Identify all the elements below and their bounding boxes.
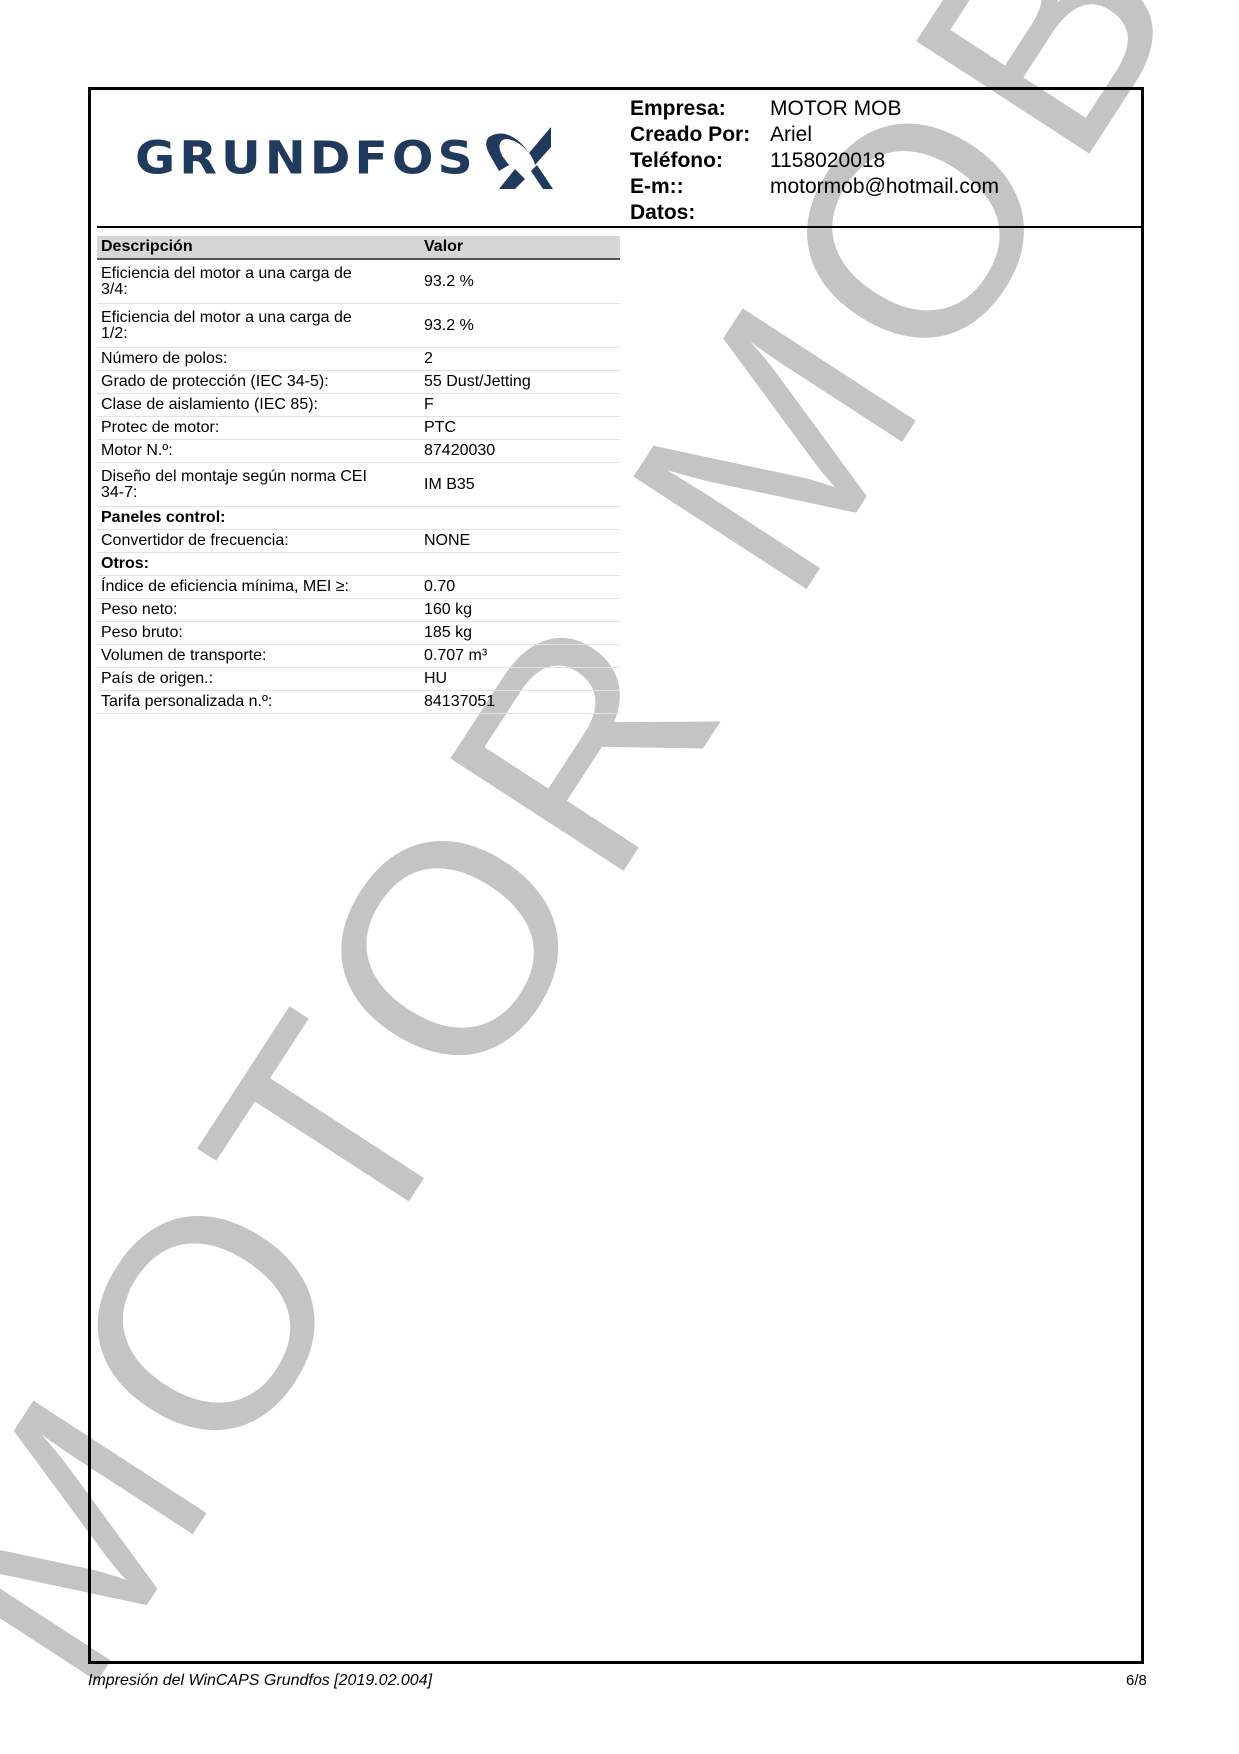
row-description: Convertidor de frecuencia: bbox=[97, 533, 420, 549]
page-number: 6/8 bbox=[1126, 1672, 1147, 1689]
row-description: Diseño del montaje según norma CEI 34-7: bbox=[97, 469, 420, 501]
row-value: 2 bbox=[420, 350, 620, 368]
info-row-telefono: Teléfono: 1158020018 bbox=[630, 148, 999, 174]
table-body: Eficiencia del motor a una carga de 3/4:… bbox=[97, 260, 620, 714]
row-value: 93.2 % bbox=[420, 317, 620, 335]
info-row-empresa: Empresa: MOTOR MOB bbox=[630, 96, 999, 122]
table-section-row: Paneles control: bbox=[97, 507, 620, 530]
table-row: País de origen.:HU bbox=[97, 668, 620, 691]
row-description: Grado de protección (IEC 34-5): bbox=[97, 374, 420, 390]
row-value: 84137051 bbox=[420, 693, 620, 711]
row-description: Peso bruto: bbox=[97, 625, 420, 641]
table-row: Protec de motor:PTC bbox=[97, 417, 620, 440]
row-value: 185 kg bbox=[420, 624, 620, 642]
row-description: Número de polos: bbox=[97, 351, 420, 367]
table-row: Peso neto:160 kg bbox=[97, 599, 620, 622]
row-value: HU bbox=[420, 670, 620, 688]
row-value: F bbox=[420, 396, 620, 414]
row-value: PTC bbox=[420, 419, 620, 437]
row-value: 93.2 % bbox=[420, 273, 620, 291]
column-header-value: Valor bbox=[420, 238, 620, 256]
row-description: Eficiencia del motor a una carga de 1/2: bbox=[97, 310, 420, 342]
table-row: Grado de protección (IEC 34-5):55 Dust/J… bbox=[97, 371, 620, 394]
row-description: Protec de motor: bbox=[97, 420, 420, 436]
grundfos-x-logo-icon bbox=[485, 125, 555, 191]
grundfos-logo: GRUNDFOS bbox=[135, 122, 555, 194]
row-description: Eficiencia del motor a una carga de 3/4: bbox=[97, 266, 420, 298]
row-value: IM B35 bbox=[420, 476, 620, 494]
table-row: Clase de aislamiento (IEC 85):F bbox=[97, 394, 620, 417]
row-description: Clase de aislamiento (IEC 85): bbox=[97, 397, 420, 413]
table-row: Motor N.º:87420030 bbox=[97, 440, 620, 463]
section-label: Paneles control: bbox=[97, 510, 420, 526]
column-header-description: Descripción bbox=[97, 239, 420, 255]
logo-wordmark: GRUNDFOS bbox=[135, 132, 477, 184]
table-row: Eficiencia del motor a una carga de 3/4:… bbox=[97, 260, 620, 304]
row-description: País de origen.: bbox=[97, 671, 420, 687]
info-row-email: E-m:: motormob@hotmail.com bbox=[630, 174, 999, 200]
info-row-creado-por: Creado Por: Ariel bbox=[630, 122, 999, 148]
row-description: Índice de eficiencia mínima, MEI ≥: bbox=[97, 579, 420, 595]
row-value: 0.707 m³ bbox=[420, 647, 620, 665]
specs-table: Descripción Valor Eficiencia del motor a… bbox=[97, 236, 620, 714]
table-row: Diseño del montaje según norma CEI 34-7:… bbox=[97, 463, 620, 507]
info-row-datos: Datos: bbox=[630, 200, 999, 226]
table-row: Convertidor de frecuencia:NONE bbox=[97, 530, 620, 553]
row-value: 0.70 bbox=[420, 578, 620, 596]
table-row: Volumen de transporte:0.707 m³ bbox=[97, 645, 620, 668]
table-section-row: Otros: bbox=[97, 553, 620, 576]
footer-print-info: Impresión del WinCAPS Grundfos [2019.02.… bbox=[88, 1672, 432, 1690]
header-divider bbox=[97, 226, 1142, 228]
table-header: Descripción Valor bbox=[97, 236, 620, 260]
email-link: motormob@hotmail.com bbox=[770, 174, 999, 200]
row-description: Motor N.º: bbox=[97, 443, 420, 459]
row-description: Tarifa personalizada n.º: bbox=[97, 694, 420, 710]
row-description: Peso neto: bbox=[97, 602, 420, 618]
row-description: Volumen de transporte: bbox=[97, 648, 420, 664]
table-row: Eficiencia del motor a una carga de 1/2:… bbox=[97, 304, 620, 348]
table-row: Tarifa personalizada n.º:84137051 bbox=[97, 691, 620, 714]
table-row: Peso bruto:185 kg bbox=[97, 622, 620, 645]
row-value: 160 kg bbox=[420, 601, 620, 619]
row-value: 87420030 bbox=[420, 442, 620, 460]
row-value: NONE bbox=[420, 532, 620, 550]
table-row: Índice de eficiencia mínima, MEI ≥:0.70 bbox=[97, 576, 620, 599]
table-row: Número de polos:2 bbox=[97, 348, 620, 371]
section-label: Otros: bbox=[97, 556, 420, 572]
header-info: Empresa: MOTOR MOB Creado Por: Ariel Tel… bbox=[630, 96, 999, 226]
row-value: 55 Dust/Jetting bbox=[420, 373, 620, 391]
